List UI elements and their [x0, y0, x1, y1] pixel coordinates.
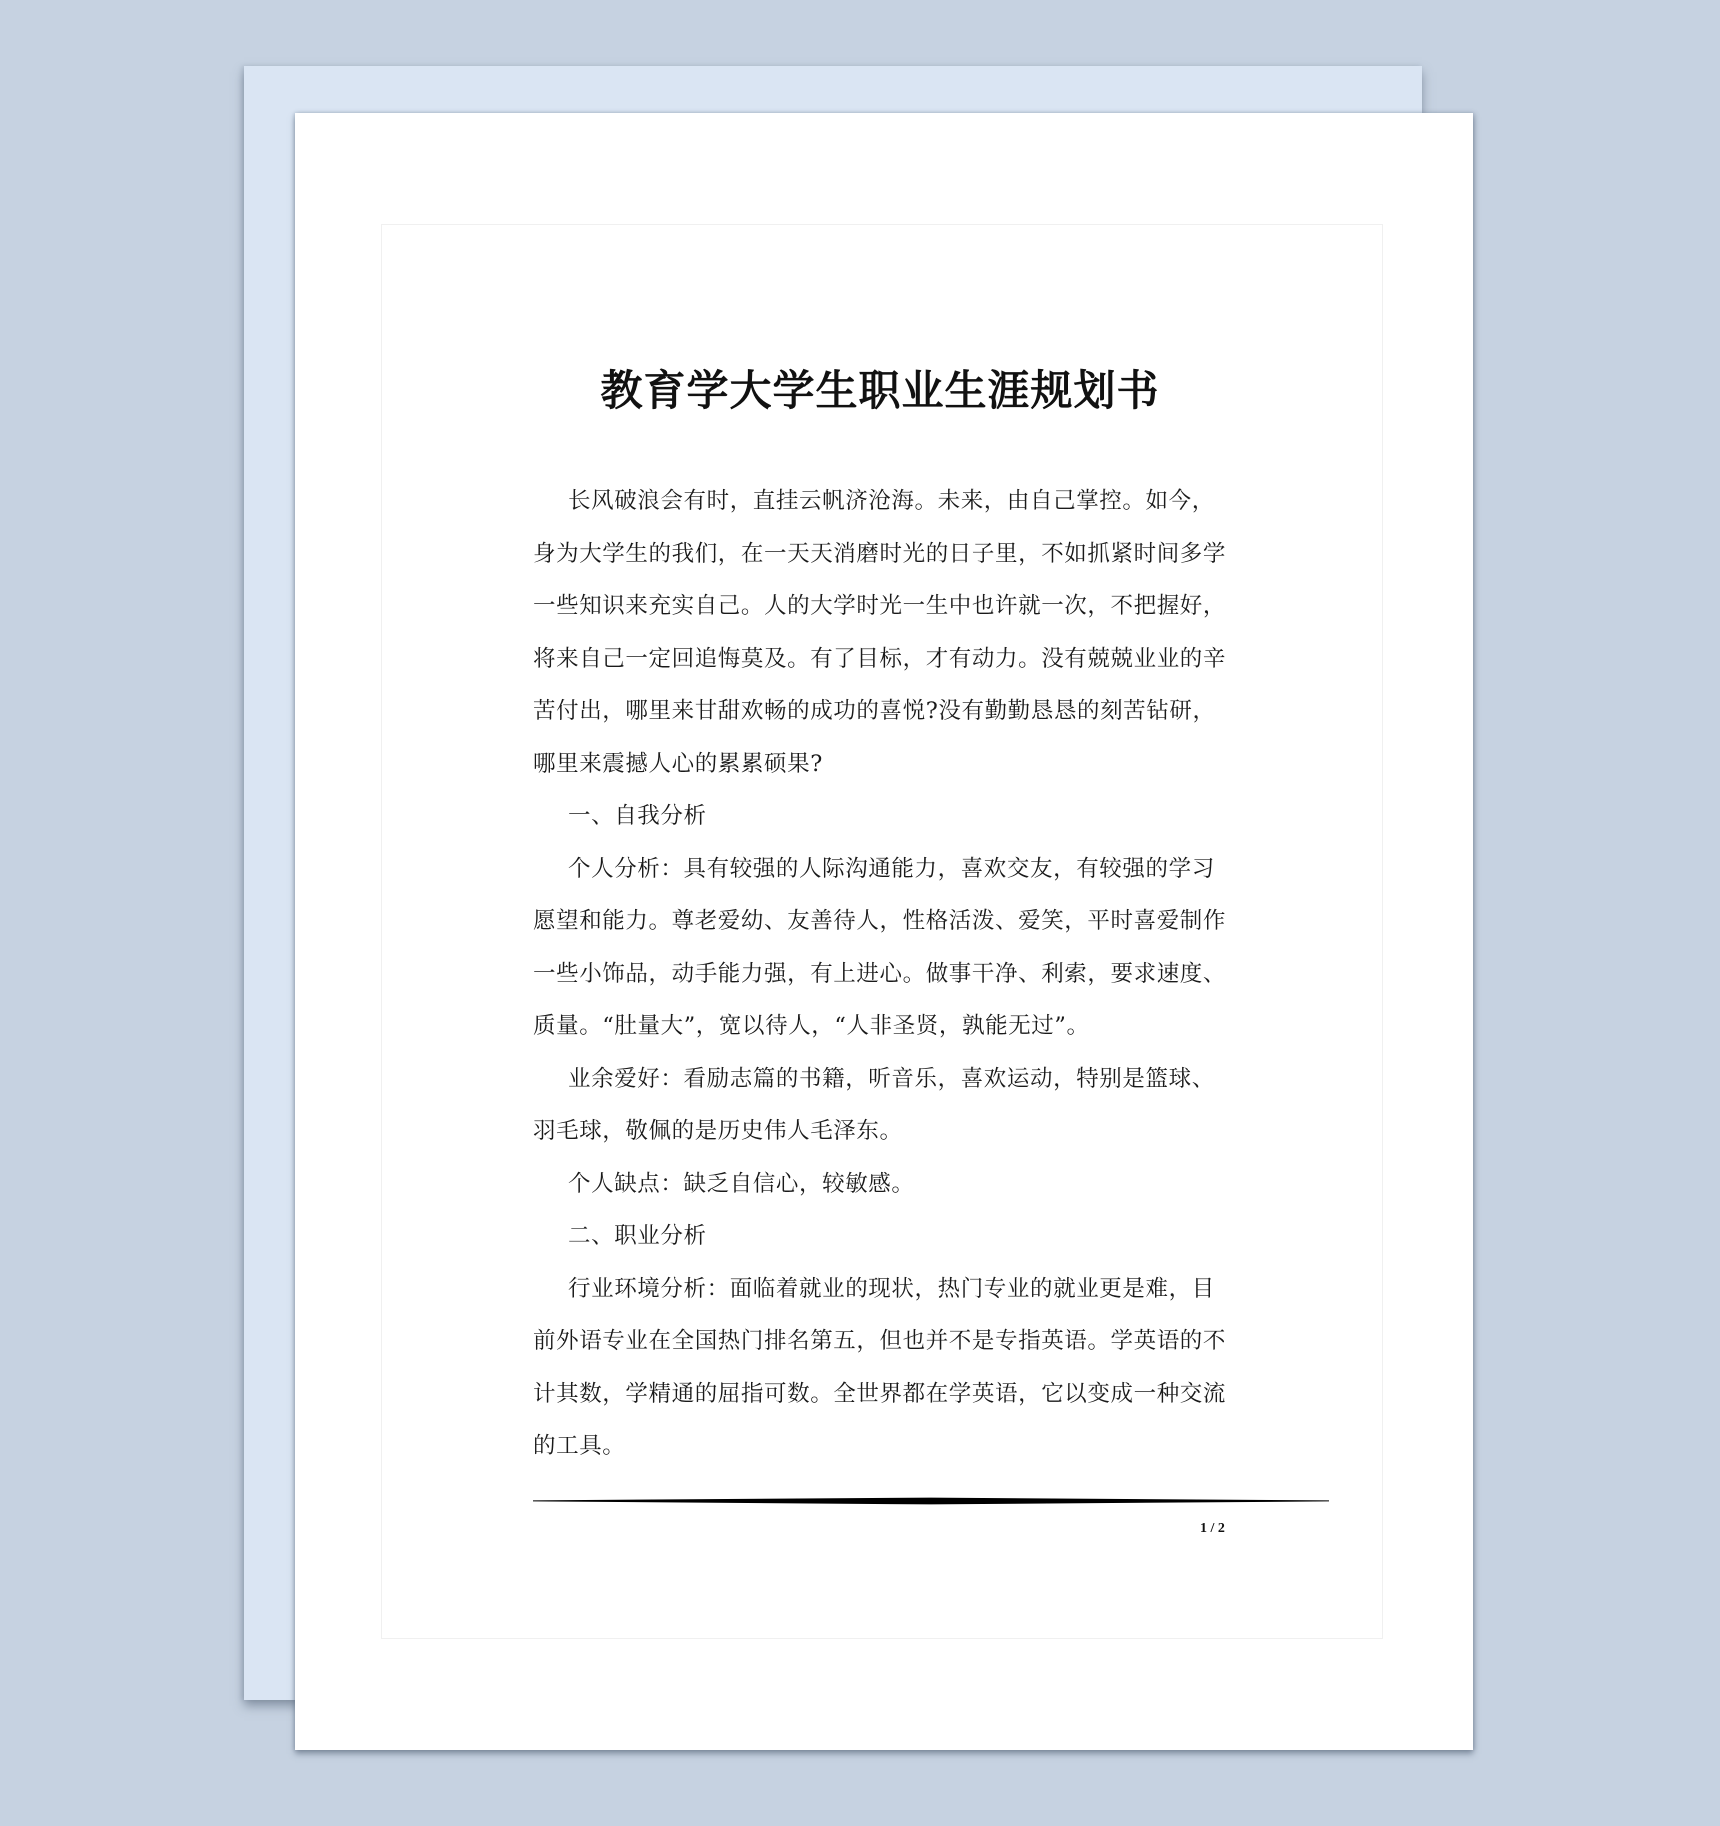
body-line: 的工具。	[533, 1420, 1233, 1473]
body-line: 业余爱好：看励志篇的书籍，听音乐，喜欢运动，特别是篮球、	[533, 1053, 1233, 1106]
body-line: 哪里来震撼人心的累累硕果?	[533, 738, 1233, 791]
body-line: 计其数，学精通的屈指可数。全世界都在学英语，它以变成一种交流	[533, 1368, 1233, 1421]
document-body: 长风破浪会有时，直挂云帆济沧海。未来，由自己掌控。如今， 身为大学生的我们，在一…	[533, 475, 1233, 1473]
body-line: 前外语专业在全国热门排名第五，但也并不是专指英语。学英语的不	[533, 1315, 1233, 1368]
body-line: 一些知识来充实自己。人的大学时光一生中也许就一次，不把握好，	[533, 580, 1233, 633]
document-title: 教育学大学生职业生涯规划书	[291, 358, 1469, 418]
body-line: 一些小饰品，动手能力强，有上进心。做事干净、利索，要求速度、	[533, 948, 1233, 1001]
section-heading-self-analysis: 一、自我分析	[533, 790, 1233, 843]
page-number: 1 / 2	[1200, 1521, 1225, 1537]
body-line: 身为大学生的我们，在一天天消磨时光的日子里，不如抓紧时间多学	[533, 528, 1233, 581]
body-line: 愿望和能力。尊老爱幼、友善待人，性格活泼、爱笑，平时喜爱制作	[533, 895, 1233, 948]
body-line: 将来自己一定回追悔莫及。有了目标，才有动力。没有兢兢业业的辛	[533, 633, 1233, 686]
body-line: 质量。“肚量大”，宽以待人，“人非圣贤，孰能无过”。	[533, 1000, 1233, 1053]
body-line: 行业环境分析：面临着就业的现状，热门专业的就业更是难，目	[533, 1263, 1233, 1316]
section-heading-career-analysis: 二、职业分析	[533, 1210, 1233, 1263]
body-line: 羽毛球，敬佩的是历史伟人毛泽东。	[533, 1105, 1233, 1158]
body-line: 长风破浪会有时，直挂云帆济沧海。未来，由自己掌控。如今，	[533, 475, 1233, 528]
footer-divider	[533, 1497, 1329, 1505]
front-page-sheet: 教育学大学生职业生涯规划书 长风破浪会有时，直挂云帆济沧海。未来，由自己掌控。如…	[295, 113, 1473, 1750]
body-line: 苦付出，哪里来甘甜欢畅的成功的喜悦?没有勤勤恳恳的刻苦钻研，	[533, 685, 1233, 738]
body-line: 个人缺点：缺乏自信心，较敏感。	[533, 1158, 1233, 1211]
body-line: 个人分析：具有较强的人际沟通能力，喜欢交友，有较强的学习	[533, 843, 1233, 896]
